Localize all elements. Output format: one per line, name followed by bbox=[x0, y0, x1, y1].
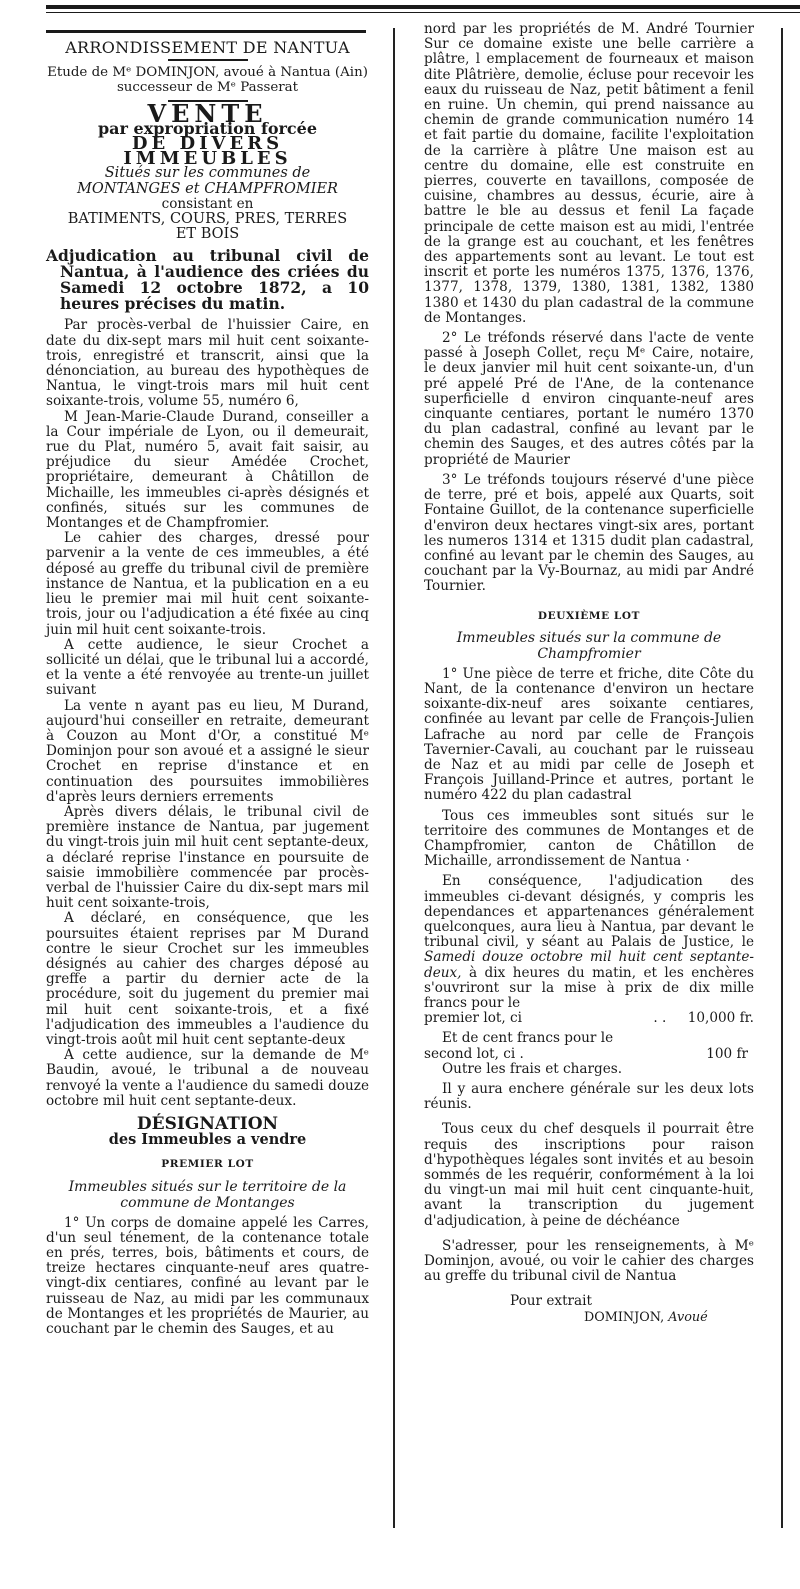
paragraph-declare: A déclaré, en conséquence, que les pours… bbox=[46, 911, 369, 1048]
paragraph-durand: M Jean-Marie-Claude Durand, conseiller a… bbox=[46, 410, 369, 532]
price-label: second lot, ci . bbox=[424, 1047, 524, 1062]
deuxieme-lot-item-1: 1° Une pièce de terre et friche, dite Cô… bbox=[424, 667, 754, 804]
price-value: 10,000 fr. bbox=[688, 1011, 754, 1026]
consistant-line: consistant en bbox=[46, 197, 369, 212]
etude-line: Etude de Mᵉ DOMINJON, avoué à Nantua (Ai… bbox=[46, 65, 369, 80]
paragraph-consequence: En conséquence, l'adjudication des immeu… bbox=[424, 874, 754, 1011]
price-intro-second-lot: Et de cent francs pour le bbox=[424, 1031, 754, 1046]
divider bbox=[168, 59, 248, 61]
price-value: 100 fr bbox=[706, 1047, 748, 1062]
communes-line: MONTANGES et CHAMPFROMIER bbox=[46, 182, 369, 197]
paragraph-cahier: Le cahier des charges, dressé pour parve… bbox=[46, 531, 369, 637]
paragraph-delais: Après divers délais, le tribunal civil d… bbox=[46, 805, 369, 911]
price-row-second-lot: second lot, ci . 100 fr bbox=[424, 1047, 754, 1062]
designation-subtitle: des Immeubles a vendre bbox=[46, 1132, 369, 1147]
column-header-rule bbox=[46, 30, 366, 33]
premier-lot-subtitle: Immeubles situés sur le territoire de la… bbox=[46, 1179, 369, 1211]
premier-lot-item-1: 1° Un corps de domaine appelé les Carres… bbox=[46, 1216, 369, 1338]
column-divider bbox=[393, 28, 395, 1528]
price-row-premier-lot: premier lot, ci . . 10,000 fr. bbox=[424, 1011, 754, 1026]
premier-lot-item-1-continued: nord par les propriétés de M. André Tour… bbox=[424, 22, 754, 326]
paragraph-outre: Outre les frais et charges. bbox=[424, 1062, 754, 1077]
successeur-line: successeur de Mᵉ Passerat bbox=[46, 80, 369, 95]
left-column: ARRONDISSEMENT DE NANTUA Etude de Mᵉ DOM… bbox=[46, 38, 369, 1337]
paragraph-proces-verbal: Par procès-verbal de l'huissier Caire, e… bbox=[46, 318, 369, 409]
situes-line: Situés sur les communes de bbox=[46, 166, 369, 181]
price-leader: . . bbox=[653, 1011, 666, 1026]
right-column: nord par les propriétés de M. André Tour… bbox=[424, 22, 754, 1325]
biens-line-2: ET BOIS bbox=[46, 227, 369, 242]
consequence-text: En conséquence, l'adjudication des immeu… bbox=[424, 873, 754, 950]
signature: DOMINJON, Avoué bbox=[424, 1310, 754, 1325]
biens-line-1: BATIMENTS, COURS, PRES, TERRES bbox=[46, 212, 369, 227]
consequence-text-end: à dix heures du matin, et les enchères s… bbox=[424, 965, 754, 1011]
column-divider-right bbox=[781, 28, 783, 1528]
divers-immeubles-title: DE DIVERS IMMEUBLES bbox=[46, 136, 369, 166]
signature-name: DOMINJON, bbox=[584, 1310, 664, 1325]
paragraph-tous-immeubles: Tous ces immeubles sont situés sur le te… bbox=[424, 809, 754, 870]
paragraph-audience: A cette audience, le sieur Crochet a sol… bbox=[46, 638, 369, 699]
paragraph-tous-ceux: Tous ceux du chef desquels il pourrait ê… bbox=[424, 1122, 754, 1228]
paragraph-vente-sans-lieu: La vente n ayant pas eu lieu, M Durand, … bbox=[46, 699, 369, 805]
premier-lot-label: PREMIER LOT bbox=[46, 1157, 369, 1172]
paragraph-renvoi: A cette audience, sur la demande de Mᵉ B… bbox=[46, 1048, 369, 1109]
designation-title: DÉSIGNATION bbox=[46, 1117, 369, 1132]
page-top-rule bbox=[46, 5, 800, 9]
page-top-rule-thin bbox=[46, 12, 800, 13]
signature-title: Avoué bbox=[668, 1310, 707, 1325]
premier-lot-item-3: 3° Le tréfonds toujours réservé d'une pi… bbox=[424, 473, 754, 595]
price-label: premier lot, ci bbox=[424, 1011, 522, 1026]
deuxieme-lot-subtitle: Immeubles situés sur la commune de Champ… bbox=[424, 630, 754, 662]
adjudication-notice: Adjudication au tribunal civil de Nantua… bbox=[46, 248, 369, 312]
arrondissement-heading: ARRONDISSEMENT DE NANTUA bbox=[46, 40, 369, 55]
paragraph-adresser: S'adresser, pour les renseignements, à M… bbox=[424, 1239, 754, 1285]
pour-extrait: Pour extrait bbox=[424, 1294, 754, 1309]
paragraph-enchere: Il y aura enchere générale sur les deux … bbox=[424, 1082, 754, 1112]
deuxieme-lot-label: DEUXIÈME LOT bbox=[424, 609, 754, 624]
premier-lot-item-2: 2° Le tréfonds réservé dans l'acte de ve… bbox=[424, 331, 754, 468]
